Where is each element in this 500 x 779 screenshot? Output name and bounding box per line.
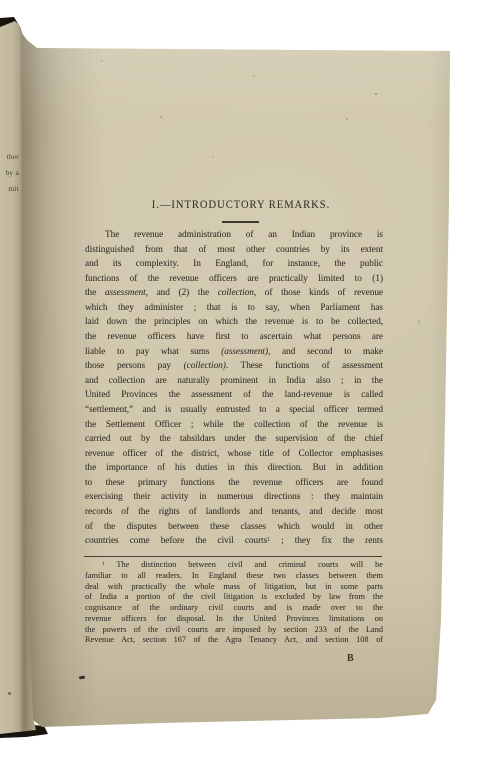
text-line: revenue officer of the district, whose t… [85,447,383,462]
text-line: The revenue administration of an Indian … [85,228,383,243]
text-line: those persons pay (collection). These fu… [85,359,383,374]
text-line: the powers of the civil courts are impos… [85,625,383,636]
text-line: records of the rights of landlords and t… [85,505,383,520]
text-line: deal with practically the whole mass of … [85,582,383,593]
text-line: mit [0,181,20,197]
facing-page-text-fragments: therby amit [0,149,20,196]
foxing-speck [346,118,348,120]
foxing-speck [418,320,420,323]
printer-signature: B [347,653,354,664]
text-line: of India a portion of the civil litigati… [85,592,383,603]
text-line: to these primary functions the revenue o… [85,476,383,491]
text-line: United Provinces the assessment of the l… [85,388,383,403]
text-line: “settlement,” and is usually entrusted t… [85,403,383,418]
text-line: of the disputes between these classes wh… [85,520,383,535]
foxing-speck [101,60,103,62]
text-line: exercising their activity in numerous di… [85,490,383,505]
text-line: functions of the revenue officers are pr… [85,272,383,287]
text-line: which they administer ; that is to say, … [85,301,383,316]
text-line: 1 The distinction between civil and crim… [85,560,383,571]
text-line: distinguished from that of most other co… [85,243,383,258]
text-line: liable to pay what sums (assessment), an… [85,345,383,360]
text-line: ther [0,149,20,165]
foxing-speck [212,156,214,158]
book-photo: therby amit I.—INTRODUCTORY REMARKS. The… [0,0,500,779]
text-line: carried out by the tahsildars under the … [85,432,383,447]
text-line: countries come before the civil courts1 … [85,534,383,549]
footnote-rule [84,556,382,557]
text-line: the Settlement Officer ; while the colle… [85,418,383,433]
text-line: revenue officers for disposal. In the Un… [85,614,383,625]
foxing-speck [160,116,162,118]
text-line: the assessment, and (2) the collection, … [85,286,383,301]
text-line: familiar to all readers. In England thes… [85,571,383,582]
chapter-heading: I.—INTRODUCTORY REMARKS. [110,197,372,212]
text-line: Revenue Act, section 167 of the Agra Ten… [85,635,383,646]
foxing-speck [375,93,377,95]
text-line: by a [0,165,20,181]
foxing-speck [8,692,11,695]
foxing-speck [253,75,255,77]
text-line: laid down the principles on which the re… [85,315,383,330]
ink-mark [79,676,85,680]
text-line: cognisance of the ordinary civil courts … [85,603,383,614]
heading-rule [222,221,259,223]
text-line: and collection are naturally prominent i… [85,374,383,389]
footnote-text: 1 The distinction between civil and crim… [85,560,383,646]
text-line: and its complexity. In England, for inst… [85,257,383,272]
body-text: The revenue administration of an Indian … [85,228,383,549]
text-line: the revenue officers have first to ascer… [85,330,383,345]
book-page: I.—INTRODUCTORY REMARKS. The revenue adm… [0,0,500,779]
text-line: the importance of his duties in this dir… [85,461,383,476]
